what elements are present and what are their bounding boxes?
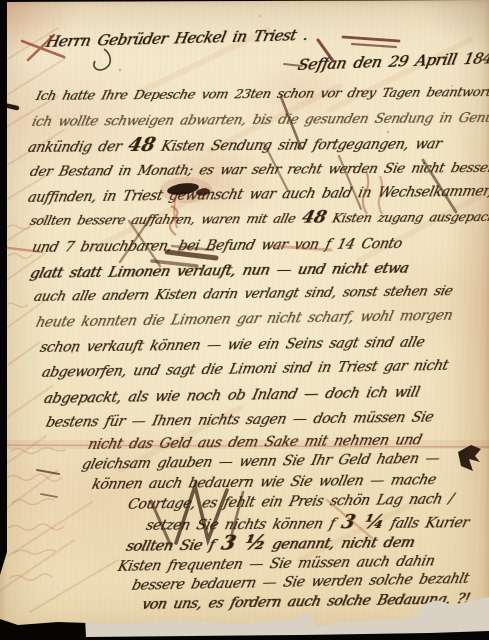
letter-line: abgeworfen, und sagt die Limoni sind in … [40, 353, 451, 382]
small-dash-marks [37, 470, 59, 497]
letter-line: schon verkauft können — wie ein Seins sa… [38, 330, 427, 357]
letter-paper: Herrn Gebrüder Heckel in Triest . Seffan… [0, 0, 489, 640]
letter-line: abgepackt, als wie noch ob Inland — doch… [42, 378, 422, 408]
letter-line: Ich hatte Ihre Depesche vom 23ten schon … [34, 81, 489, 105]
letter-line: der Bestand in Monath; es war sehr recht… [28, 156, 489, 181]
letter-line: ich wollte schweigen abwarten, bis die g… [30, 106, 489, 131]
flag-mark [458, 445, 481, 471]
letter-line: heute konnten die Limonen gar nicht scha… [34, 303, 455, 332]
letter-line: sollten bessere auffahren, waren mit all… [28, 206, 489, 230]
edge-dash-mark [0, 104, 17, 108]
letter-scan: Herrn Gebrüder Heckel in Triest . Seffan… [0, 0, 489, 640]
letter-line: ankündig der 48 Kisten Sendung sind fort… [26, 131, 444, 157]
letter-line: auch alle andern Kisten darin verlangt s… [32, 279, 455, 306]
dateline: Seffan den 29 Aprill 1844 [296, 49, 489, 74]
letter-line: glatt statt Limonen verlauft, nun — und … [28, 255, 411, 283]
address-line: Herrn Gebrüder Heckel in Triest . [44, 21, 311, 52]
letter-line: auffinden, in Triest gewünscht war auch … [26, 178, 489, 207]
address-flourish [94, 49, 110, 70]
letter-line: und 7 brauchbaren, bei Befund war von f … [30, 231, 405, 257]
